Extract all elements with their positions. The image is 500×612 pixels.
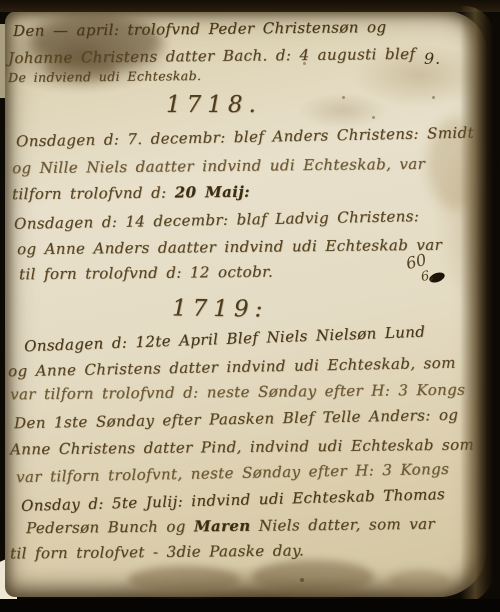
record-line: til forn trolofvnd d: 12 octobr. (19, 263, 273, 284)
betrothal-date: 20 Maij: (175, 183, 250, 202)
photo-border-top (0, 0, 500, 12)
bride-name: Maren (194, 517, 251, 536)
record-line: til forn trolofvet - 3die Paaske day. (10, 541, 304, 562)
record-line-text: Niels datter, som var (250, 515, 435, 535)
margin-annotation: 6, (420, 268, 435, 285)
year-heading-1719: 1719: (172, 295, 269, 322)
record-line: tilforn trolofvnd d: 20 Maij: (12, 183, 250, 203)
speck (372, 116, 375, 119)
record-line-text: Pedersøn Bunch og (26, 517, 194, 537)
document-photo: Den — april: trolofvnd Peder Christensøn… (0, 0, 500, 612)
photo-border-bottom (0, 599, 500, 612)
speck (432, 96, 435, 99)
record-line: De indviend udi Echteskab. (8, 68, 202, 85)
page-edge-shadow-right (460, 6, 494, 604)
record-line-text: tilforn trolofvnd d: (12, 184, 175, 204)
year-heading-1718: 1718. (166, 92, 262, 118)
page-number: 9. (424, 49, 441, 68)
speck (300, 578, 304, 582)
speck (342, 96, 345, 99)
